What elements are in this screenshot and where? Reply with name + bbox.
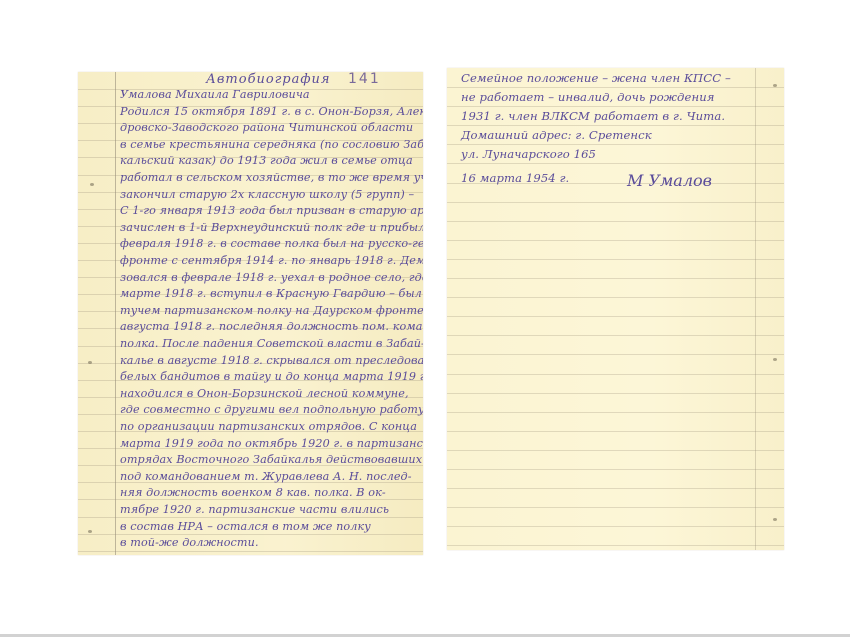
handwritten-line: под командованием т. Журавлева А. Н. пос… bbox=[120, 470, 412, 483]
handwritten-line: марте 1918 г. вступил в Красную Гвардию … bbox=[120, 287, 423, 300]
handwritten-line: отрядах Восточного Забайкалья действовав… bbox=[120, 453, 422, 466]
binding-hole bbox=[773, 358, 777, 361]
handwritten-line: калье в августе 1918 г. скрывался от пре… bbox=[120, 354, 423, 367]
ruled-line bbox=[447, 106, 784, 107]
handwritten-line: 1931 г. член ВЛКСМ работает в г. Чита. bbox=[461, 109, 725, 123]
handwritten-line: Домашний адрес: г. Сретенск bbox=[461, 128, 652, 142]
ruled-line bbox=[78, 517, 423, 518]
handwritten-line: работал в сельском хозяйстве, в то же вр… bbox=[120, 171, 423, 184]
binding-hole bbox=[90, 183, 94, 186]
ruled-line bbox=[447, 526, 784, 527]
ruled-line bbox=[447, 163, 784, 164]
ruled-line bbox=[447, 469, 784, 470]
handwritten-line: зачислен в 1-й Верхнеудинский полк где и… bbox=[120, 221, 423, 234]
ruled-line bbox=[447, 202, 784, 203]
document-date: 16 марта 1954 г. bbox=[461, 171, 569, 185]
binding-hole bbox=[88, 530, 92, 533]
handwritten-line: зовался в феврале 1918 г. уехал в родное… bbox=[120, 271, 423, 284]
ruled-line bbox=[447, 297, 784, 298]
handwritten-line: ул. Луначарского 165 bbox=[461, 147, 596, 161]
handwritten-line: тябре 1920 г. партизанские части влились bbox=[120, 503, 389, 516]
ruled-line bbox=[447, 450, 784, 451]
ruled-line bbox=[447, 259, 784, 260]
handwritten-line: августа 1918 г. последняя должность пом.… bbox=[120, 320, 423, 333]
handwritten-line: по организации партизанских отрядов. С к… bbox=[120, 420, 417, 433]
ruled-line bbox=[78, 551, 423, 552]
ruled-line bbox=[447, 278, 784, 279]
autobiography-page-right: Семейное положение – жена член КПСС –не … bbox=[447, 68, 784, 550]
handwritten-line: в той-же должности. bbox=[120, 536, 259, 549]
handwritten-line: полка. После падения Советской власти в … bbox=[120, 337, 423, 350]
handwritten-line: С 1-го января 1913 года был призван в ст… bbox=[120, 204, 423, 217]
handwritten-line: белых бандитов в тайгу и до конца марта … bbox=[120, 370, 423, 383]
handwritten-line: тучем партизанском полку на Даурском фро… bbox=[120, 304, 423, 317]
ruled-line bbox=[447, 221, 784, 222]
ruled-line bbox=[447, 412, 784, 413]
handwritten-line: в семье крестьянина середняка (по сослов… bbox=[120, 138, 423, 151]
ruled-line bbox=[78, 534, 423, 535]
signature: М Умалов bbox=[627, 171, 712, 190]
ruled-line bbox=[447, 488, 784, 489]
ruled-line bbox=[78, 499, 423, 500]
handwritten-line: фронте с сентября 1914 г. по январь 1918… bbox=[120, 254, 423, 267]
handwritten-line: Умалова Михаила Гавриловича bbox=[120, 88, 310, 101]
ruled-line bbox=[447, 393, 784, 394]
handwritten-line: февраля 1918 г. в составе полка был на р… bbox=[120, 237, 423, 250]
binding-hole bbox=[773, 518, 777, 521]
handwritten-line: закончил старую 2х классную школу (5 гру… bbox=[120, 188, 414, 201]
ruled-line bbox=[447, 507, 784, 508]
handwritten-line: марта 1919 года по октябрь 1920 г. в пар… bbox=[120, 437, 423, 450]
handwritten-line: Родился 15 октября 1891 г. в с. Онон-Бор… bbox=[120, 105, 423, 118]
ruled-line bbox=[447, 87, 784, 88]
ruled-line bbox=[447, 125, 784, 126]
ruled-line bbox=[447, 354, 784, 355]
handwritten-line: находился в Онон-Борзинской лесной комму… bbox=[120, 387, 409, 400]
handwritten-line: в состав НРА – остался в том же полку bbox=[120, 520, 371, 533]
ruled-line bbox=[447, 144, 784, 145]
document-title: Автобиография bbox=[206, 72, 331, 87]
archive-page-number: 141 bbox=[348, 72, 381, 87]
handwritten-line: няя должность военком 8 кав. полка. В ок… bbox=[120, 486, 386, 499]
ruled-line bbox=[447, 374, 784, 375]
handwritten-line: не работает – инвалид, дочь рождения bbox=[461, 90, 715, 104]
ruled-line bbox=[447, 431, 784, 432]
ruled-line bbox=[447, 545, 784, 546]
handwritten-line: Семейное положение – жена член КПСС – bbox=[461, 71, 731, 85]
ruled-line bbox=[447, 335, 784, 336]
autobiography-page-left: Автобиография 141 Умалова Михаила Гаврил… bbox=[78, 72, 423, 555]
handwritten-line: где совместно с другими вел подпольную р… bbox=[120, 403, 423, 416]
handwritten-line: кальский казак) до 1913 года жил в семье… bbox=[120, 154, 413, 167]
handwritten-line: дровско-Заводского района Читинской обла… bbox=[120, 121, 413, 134]
ruled-line bbox=[447, 240, 784, 241]
margin-line bbox=[755, 68, 756, 550]
binding-hole bbox=[88, 361, 92, 364]
ruled-line bbox=[447, 316, 784, 317]
binding-hole bbox=[773, 84, 777, 87]
